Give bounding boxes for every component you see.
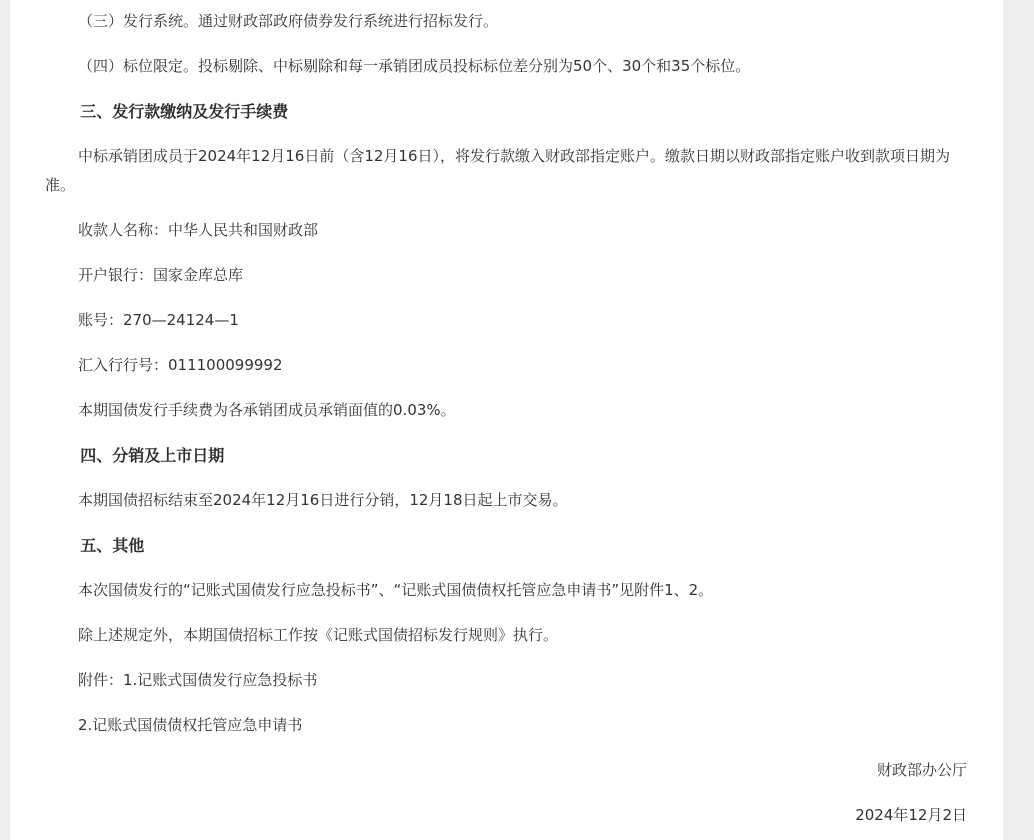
paragraph-bank-code: 汇入行行号：011100099992 (45, 351, 969, 380)
paragraph-payment-deadline: 中标承销团成员于2024年12月16日前（含12月16日），将发行款缴入财政部指… (45, 142, 969, 200)
paragraph-attachments-reference: 本次国债发行的“记账式国债发行应急投标书”、“记账式国债债权托管应急申请书”见附… (45, 576, 969, 605)
paragraph-bid-limits: （四）标位限定。投标剔除、中标剔除和每一承销团成员投标标位差分别为50个、30个… (45, 52, 969, 81)
signature-issuer: 财政部办公厅 (45, 756, 969, 785)
paragraph-payee-name: 收款人名称：中华人民共和国财政部 (45, 216, 969, 245)
paragraph-bank: 开户银行：国家金库总库 (45, 261, 969, 290)
page-content: （三）发行系统。通过财政部政府债券发行系统进行招标发行。 （四）标位限定。投标剔… (10, 0, 1003, 840)
paragraph-distribution-dates: 本期国债招标结束至2024年12月16日进行分销，12月18日起上市交易。 (45, 486, 969, 515)
signature-date: 2024年12月2日 (45, 801, 969, 830)
attachment-2: 2.记账式国债债权托管应急申请书 (45, 711, 969, 740)
section-heading-payment: 三、发行款缴纳及发行手续费 (45, 97, 969, 126)
section-heading-distribution: 四、分销及上市日期 (45, 441, 969, 470)
paragraph-fee: 本期国债发行手续费为各承销团成员承销面值的0.03%。 (45, 396, 969, 425)
paragraph-rules-reference: 除上述规定外，本期国债招标工作按《记账式国债招标发行规则》执行。 (45, 621, 969, 650)
article-body: （三）发行系统。通过财政部政府债券发行系统进行招标发行。 （四）标位限定。投标剔… (45, 7, 969, 840)
attachment-1: 附件：1.记账式国债发行应急投标书 (45, 666, 969, 695)
section-heading-other: 五、其他 (45, 531, 969, 560)
paragraph-account-number: 账号：270—24124—1 (45, 306, 969, 335)
paragraph-issuance-system: （三）发行系统。通过财政部政府债券发行系统进行招标发行。 (45, 7, 969, 36)
